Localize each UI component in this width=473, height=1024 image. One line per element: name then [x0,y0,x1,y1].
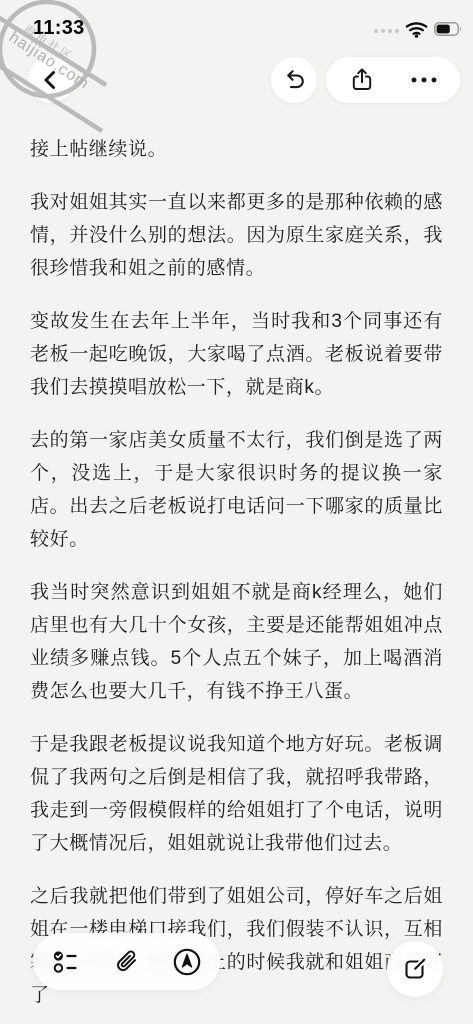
battery-icon [434,22,462,36]
compose-button[interactable] [387,941,443,997]
chevron-left-icon [37,66,65,94]
cellular-signal-icon [374,29,399,33]
compose-icon [400,954,430,984]
paragraph: 我对姐姐其实一直以来都更多的是那种依赖的感情，并没什么别的想法。因为原生家庭关系… [30,186,443,285]
paragraph: 我当时突然意识到姐姐不就是商k经理么，她们店里也有大几十个女孩，主要是还能帮姐姐… [30,576,443,708]
wifi-icon [405,21,428,38]
share-button[interactable] [337,57,387,103]
undo-button[interactable] [271,57,317,103]
navigate-button[interactable] [159,933,215,990]
attachment-button[interactable] [99,933,155,990]
checklist-icon [51,947,81,977]
paragraph: 变故发生在去年上半年，当时我和3个同事还有老板一起吃晚饭，大家喝了点酒。老板说着… [30,305,443,404]
paragraph: 去的第一家店美女质量不太行，我们倒是选了两个，没选上，于是大家很识时务的提议换一… [30,424,443,556]
navigation-arrow-icon [171,946,203,978]
bottom-toolbar [33,933,220,990]
ellipsis-icon [409,66,439,94]
undo-arrow-icon [280,66,308,94]
post-body: 接上帖继续说。我对姐姐其实一直以来都更多的是那种依赖的感情，并没什么别的想法。因… [30,133,443,1024]
checklist-button[interactable] [38,933,94,990]
nav-actions-pill [326,57,460,103]
status-icons [374,20,462,38]
status-time: 11:33 [33,17,85,40]
paperclip-icon [112,947,142,977]
paragraph: 于是我跟老板提议说我知道个地方好玩。老板调侃了我两句之后倒是相信了我，就招呼我带… [30,728,443,860]
share-icon [348,66,376,94]
more-button[interactable] [399,57,449,103]
nav-bar [0,57,473,103]
paragraph: 接上帖继续说。 [30,133,443,166]
back-button[interactable] [28,57,74,103]
